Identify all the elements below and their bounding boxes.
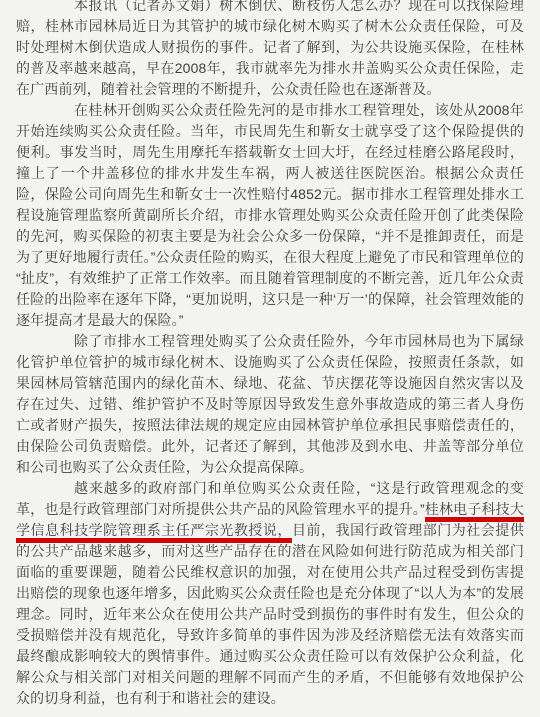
article-body: 本报讯（记者苏文娟）树木倒伏、断枝伤人怎么办？现在可以找保险理赔，桂林市园林局近… [16, 0, 524, 709]
paragraph-1: 本报讯（记者苏文娟）树木倒伏、断枝伤人怎么办？现在可以找保险理赔，桂林市园林局近… [16, 0, 524, 100]
article-page: 本报讯（记者苏文娟）树木倒伏、断枝伤人怎么办？现在可以找保险理赔，桂林市园林局近… [0, 0, 540, 717]
paragraph-3: 除了市排水工程管理处购买了公众责任险外，今年市园林局也为下属绿化管护单位管护的城… [16, 331, 524, 478]
paragraph-4-rest: 目前，我国行政管理部门为社会提供的公共产品越来越多，而对这些产品存在的潜在风险如… [16, 522, 524, 706]
paragraph-2: 在桂林开创购买公众责任险先河的是市排水工程管理处，该处从2008年开始连续购买公… [16, 100, 524, 331]
paragraph-4: 越来越多的政府部门和单位购买公众责任险，“这是行政管理观念的变革，也是行政管理部… [16, 478, 524, 709]
